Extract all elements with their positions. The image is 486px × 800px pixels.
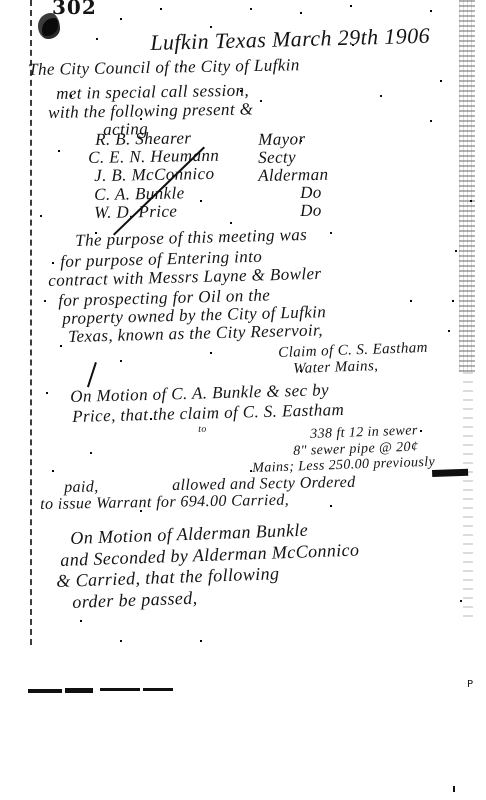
scanned-minutes-page: 302 Lufkin Texas March 29th 1906 The Cit…	[0, 0, 486, 800]
motion2-line: order be passed,	[72, 588, 198, 613]
page-number: 302	[52, 0, 97, 19]
ink-stamp-blot	[38, 13, 60, 39]
left-margin-rule	[30, 0, 32, 645]
binding-edge-shadow-lower	[463, 372, 473, 622]
bottom-rule-segment	[143, 688, 173, 691]
opening-line: with the following present &	[48, 99, 253, 123]
roster-name: J. B. McConnico	[94, 164, 215, 186]
scan-noise	[0, 0, 2, 2]
claim-note-line: Water Mains,	[293, 358, 379, 378]
purpose-line: The purpose of this meeting was	[75, 225, 307, 251]
dateline: Lufkin Texas March 29th 1906	[150, 23, 430, 56]
roster-title: Do	[300, 201, 322, 221]
bottom-rule-segment	[28, 689, 62, 693]
edge-tick-mark	[453, 786, 455, 792]
margin-slash-mark	[87, 362, 97, 387]
binding-edge-shadow	[459, 0, 475, 372]
opening-line: The City Council of the City of Lufkin	[28, 55, 300, 80]
edge-letter-mark: P	[467, 679, 473, 690]
bottom-rule-segment	[65, 688, 93, 693]
motion1-insertion: to	[198, 424, 207, 435]
bottom-rule-segment	[100, 688, 140, 691]
heavy-underline	[432, 469, 468, 477]
motion1-closing: to issue Warrant for 694.00 Carried,	[40, 492, 289, 514]
